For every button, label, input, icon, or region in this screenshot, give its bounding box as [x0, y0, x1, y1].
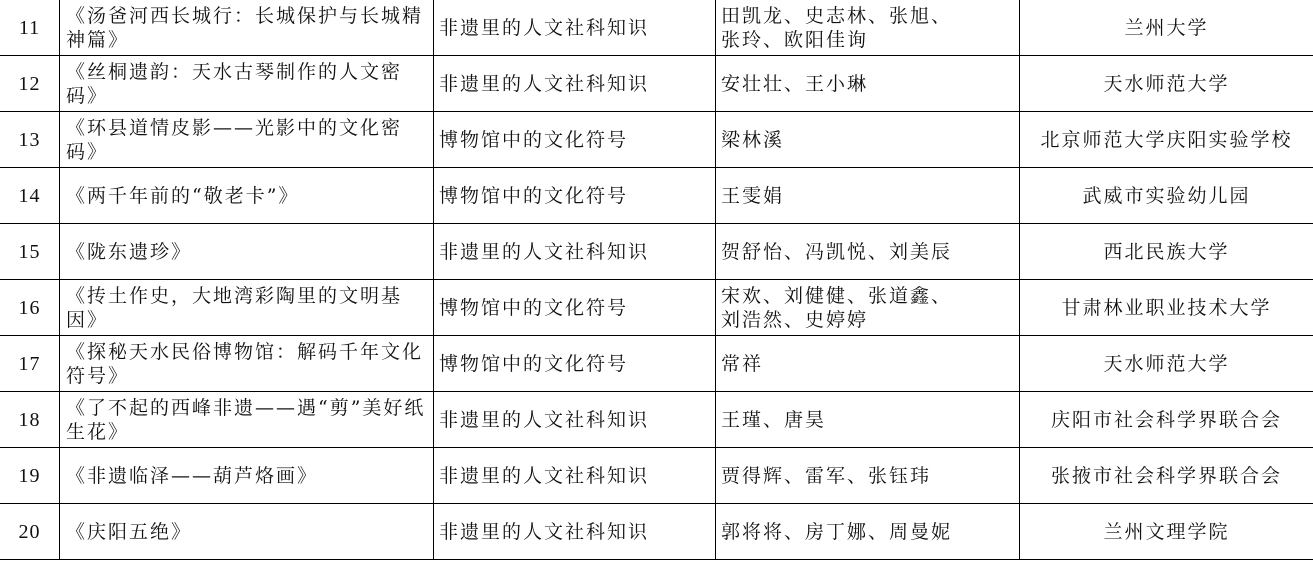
row-number: 13: [0, 112, 60, 168]
table-row: 13 《环县道情皮影——光影中的文化密码》 博物馆中的文化符号 梁林溪 北京师范…: [0, 112, 1313, 168]
table-row: 16 《抟土作史，大地湾彩陶里的文明基因》 博物馆中的文化符号 宋欢、刘健健、张…: [0, 280, 1313, 336]
institution: 北京师范大学庆阳实验学校: [1020, 112, 1313, 168]
row-number: 19: [0, 448, 60, 504]
work-title: 《庆阳五绝》: [60, 504, 434, 560]
row-number: 20: [0, 504, 60, 560]
category: 博物馆中的文化符号: [434, 112, 716, 168]
authors: 王雯娟: [716, 168, 1020, 224]
work-title: 《非遗临泽——葫芦烙画》: [60, 448, 434, 504]
category: 非遗里的人文社科知识: [434, 0, 716, 56]
row-number: 11: [0, 0, 60, 56]
work-title: 《探秘天水民俗博物馆：解码千年文化符号》: [60, 336, 434, 392]
category: 非遗里的人文社科知识: [434, 392, 716, 448]
authors-line: 张玲、欧阳佳询: [721, 28, 1015, 52]
category: 非遗里的人文社科知识: [434, 56, 716, 112]
authors-line: 梁林溪: [721, 128, 1015, 152]
table-row: 18 《了不起的西峰非遗——遇“剪”美好纸生花》 非遗里的人文社科知识 王瑾、唐…: [0, 392, 1313, 448]
authors: 贺舒怡、冯凯悦、刘美辰: [716, 224, 1020, 280]
row-number: 17: [0, 336, 60, 392]
authors: 贾得辉、雷军、张钰玮: [716, 448, 1020, 504]
authors: 宋欢、刘健健、张道鑫、刘浩然、史婷婷: [716, 280, 1020, 336]
category: 博物馆中的文化符号: [434, 336, 716, 392]
work-title: 《环县道情皮影——光影中的文化密码》: [60, 112, 434, 168]
table-row: 11 《汤爸河西长城行：长城保护与长城精神篇》 非遗里的人文社科知识 田凯龙、史…: [0, 0, 1313, 56]
category: 非遗里的人文社科知识: [434, 448, 716, 504]
authors: 田凯龙、史志林、张旭、张玲、欧阳佳询: [716, 0, 1020, 56]
authors: 常祥: [716, 336, 1020, 392]
institution: 武威市实验幼儿园: [1020, 168, 1313, 224]
category: 非遗里的人文社科知识: [434, 504, 716, 560]
authors: 安壮壮、王小琳: [716, 56, 1020, 112]
row-number: 18: [0, 392, 60, 448]
authors-line: 郭将将、房丁娜、周曼妮: [721, 520, 1015, 544]
authors-line: 刘浩然、史婷婷: [721, 308, 1015, 332]
authors-line: 田凯龙、史志林、张旭、: [721, 4, 1015, 28]
authors-line: 王瑾、唐昊: [721, 408, 1015, 432]
institution: 天水师范大学: [1020, 336, 1313, 392]
row-number: 16: [0, 280, 60, 336]
authors-line: 贺舒怡、冯凯悦、刘美辰: [721, 240, 1015, 264]
work-title: 《抟土作史，大地湾彩陶里的文明基因》: [60, 280, 434, 336]
category: 非遗里的人文社科知识: [434, 224, 716, 280]
institution: 甘肃林业职业技术大学: [1020, 280, 1313, 336]
work-title: 《陇东遗珍》: [60, 224, 434, 280]
authors-line: 贾得辉、雷军、张钰玮: [721, 464, 1015, 488]
work-title: 《了不起的西峰非遗——遇“剪”美好纸生花》: [60, 392, 434, 448]
table-row: 12 《丝桐遗韵：天水古琴制作的人文密码》 非遗里的人文社科知识 安壮壮、王小琳…: [0, 56, 1313, 112]
category: 博物馆中的文化符号: [434, 168, 716, 224]
row-number: 12: [0, 56, 60, 112]
row-number: 14: [0, 168, 60, 224]
table-row: 20 《庆阳五绝》 非遗里的人文社科知识 郭将将、房丁娜、周曼妮 兰州文理学院: [0, 504, 1313, 560]
table-row: 17 《探秘天水民俗博物馆：解码千年文化符号》 博物馆中的文化符号 常祥 天水师…: [0, 336, 1313, 392]
award-list-table: 11 《汤爸河西长城行：长城保护与长城精神篇》 非遗里的人文社科知识 田凯龙、史…: [0, 0, 1313, 560]
institution: 西北民族大学: [1020, 224, 1313, 280]
authors-line: 安壮壮、王小琳: [721, 72, 1015, 96]
institution: 天水师范大学: [1020, 56, 1313, 112]
work-title: 《两千年前的“敬老卡”》: [60, 168, 434, 224]
authors: 郭将将、房丁娜、周曼妮: [716, 504, 1020, 560]
institution: 兰州文理学院: [1020, 504, 1313, 560]
table-row: 15 《陇东遗珍》 非遗里的人文社科知识 贺舒怡、冯凯悦、刘美辰 西北民族大学: [0, 224, 1313, 280]
category: 博物馆中的文化符号: [434, 280, 716, 336]
work-title: 《丝桐遗韵：天水古琴制作的人文密码》: [60, 56, 434, 112]
institution: 庆阳市社会科学界联合会: [1020, 392, 1313, 448]
authors-line: 王雯娟: [721, 184, 1015, 208]
table-row: 19 《非遗临泽——葫芦烙画》 非遗里的人文社科知识 贾得辉、雷军、张钰玮 张掖…: [0, 448, 1313, 504]
work-title: 《汤爸河西长城行：长城保护与长城精神篇》: [60, 0, 434, 56]
authors: 梁林溪: [716, 112, 1020, 168]
institution: 张掖市社会科学界联合会: [1020, 448, 1313, 504]
row-number: 15: [0, 224, 60, 280]
authors: 王瑾、唐昊: [716, 392, 1020, 448]
institution: 兰州大学: [1020, 0, 1313, 56]
authors-line: 常祥: [721, 352, 1015, 376]
authors-line: 宋欢、刘健健、张道鑫、: [721, 284, 1015, 308]
table-row: 14 《两千年前的“敬老卡”》 博物馆中的文化符号 王雯娟 武威市实验幼儿园: [0, 168, 1313, 224]
